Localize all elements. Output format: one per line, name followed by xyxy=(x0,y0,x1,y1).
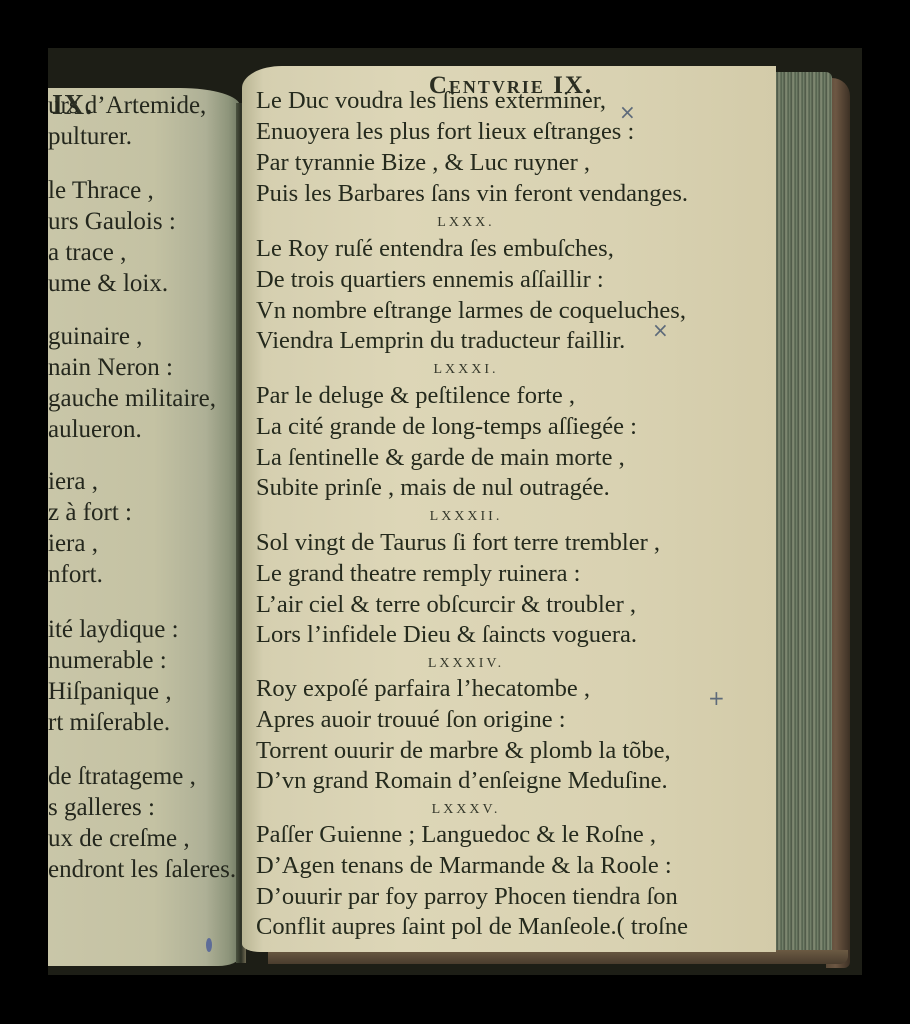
verse-line: De trois quartiers ennemis aſſaillir : xyxy=(256,265,604,295)
left-page-line: nfort. xyxy=(48,558,103,591)
pencil-mark-icon: + xyxy=(708,686,725,710)
verse-line: Vn nombre eſtrange larmes de coqueluches… xyxy=(256,296,686,326)
book-cover-bottom xyxy=(268,950,848,964)
book-photograph: IX. t ne macter :urs d’Artemide,pulturer… xyxy=(48,48,862,975)
quatrain-number: LXXXV. xyxy=(256,802,676,818)
verse-line: Par tyrannie Bize , & Luc ruyner , xyxy=(256,148,590,178)
pencil-mark-icon: × xyxy=(619,100,636,124)
quatrain-number: LXXX. xyxy=(256,215,676,231)
verse-line: Conflit aupres ſaint pol de Manſeole.( t… xyxy=(256,912,688,942)
left-page-line: ité laydique : xyxy=(48,613,179,646)
right-page: Centvrie IX. Le Duc voudra les ſiens ext… xyxy=(242,66,776,952)
page-fore-edge xyxy=(774,72,832,952)
verse-line: L’air ciel & terre obſcurcir & troubler … xyxy=(256,590,636,620)
left-page-line: iera , xyxy=(48,527,98,560)
quatrain-number: LXXXIV. xyxy=(256,656,676,672)
verse-line: Puis les Barbares ſans vin feront vendan… xyxy=(256,179,688,209)
quatrain-number: LXXXII. xyxy=(256,509,676,525)
verse-line: Sol vingt de Taurus ſi fort terre trembl… xyxy=(256,528,660,558)
verse-line: Le Roy ruſé entendra ſes embuſches, xyxy=(256,234,614,264)
left-page-line: rt miſerable. xyxy=(48,706,170,739)
verse-line: Lors l’infidele Dieu & ſaincts voguera. xyxy=(256,620,637,650)
verse-line: Apres auoir trouué ſon origine : xyxy=(256,705,566,735)
verse-line: Roy expoſé parfaira l’hecatombe , xyxy=(256,674,590,704)
verse-line: D’Agen tenans de Marmande & la Roole : xyxy=(256,851,672,881)
verse-line: Viendra Lemprin du traducteur faillir. xyxy=(256,326,625,356)
verse-line: Paſſer Guienne ; Languedoc & le Roſne , xyxy=(256,820,656,850)
left-page-line: z à fort : xyxy=(48,496,132,529)
left-page: IX. t ne macter :urs d’Artemide,pulturer… xyxy=(48,88,240,966)
left-page-line: aulueron. xyxy=(48,413,142,446)
left-page-line: le Thrace , xyxy=(48,174,154,207)
left-page-line: iera , xyxy=(48,465,98,498)
left-page-line: gauche militaire, xyxy=(48,382,216,415)
left-page-line: urs d’Artemide, xyxy=(48,89,206,122)
left-page-line: a trace , xyxy=(48,236,126,269)
pencil-mark-icon: × xyxy=(652,318,669,342)
left-page-line: s galleres : xyxy=(48,791,155,824)
left-page-line: urs Gaulois : xyxy=(48,205,176,238)
left-page-line: endront les ſaleres. xyxy=(48,853,236,886)
left-page-line: ume & loix. xyxy=(48,267,168,300)
verse-line: Le grand theatre remply ruinera : xyxy=(256,559,580,589)
left-page-line: nain Neron : xyxy=(48,351,173,384)
left-page-line: ux de creſme , xyxy=(48,822,190,855)
verse-line: Subite prinſe , mais de nul outragée. xyxy=(256,473,610,503)
verse-line: D’ouurir par foy parroy Phocen tiendra ſ… xyxy=(256,882,678,912)
left-page-line: pulturer. xyxy=(48,120,132,153)
left-page-line: guinaire , xyxy=(48,320,142,353)
left-page-line: Hiſpanique , xyxy=(48,675,172,708)
verse-line: Enuoyera les plus fort lieux eſtranges : xyxy=(256,117,634,147)
left-page-line: numerable : xyxy=(48,644,167,677)
verse-line: La cité grande de long-temps aſſiegée : xyxy=(256,412,637,442)
quatrain-number: LXXXI. xyxy=(256,362,676,378)
verse-line: Le Duc voudra les ſiens exterminer, xyxy=(256,86,606,116)
ink-spot xyxy=(206,938,212,952)
left-page-line: de ſtratageme , xyxy=(48,760,196,793)
verse-line: D’vn grand Romain d’enſeigne Meduſine. xyxy=(256,766,668,796)
verse-line: Par le deluge & peſtilence forte , xyxy=(256,381,575,411)
verse-line: La ſentinelle & garde de main morte , xyxy=(256,443,625,473)
verse-line: Torrent ouurir de marbre & plomb la tõbe… xyxy=(256,736,671,766)
